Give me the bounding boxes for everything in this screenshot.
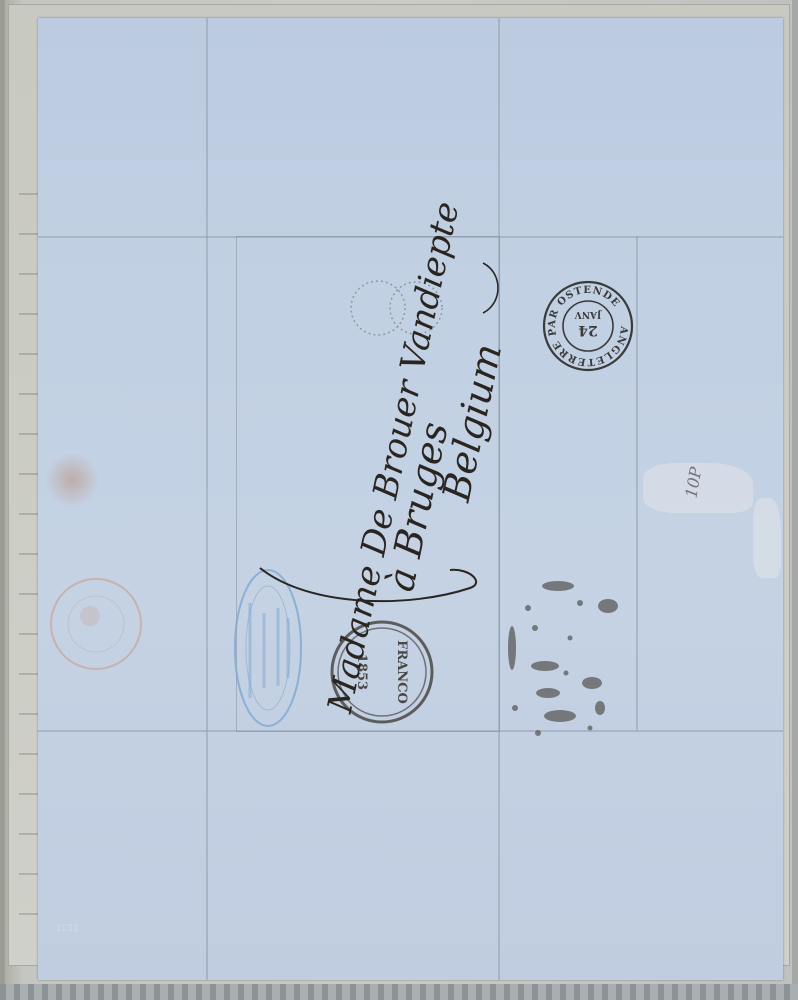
sleeve-edge-bottom bbox=[0, 984, 798, 1000]
faint-embossed-mark: ▯▯▯▯ bbox=[56, 923, 80, 933]
address-flourish bbox=[250, 548, 490, 618]
red-circular-postmark-icon bbox=[46, 574, 146, 674]
ink-stain bbox=[43, 454, 101, 506]
sleeve-edge-left bbox=[0, 0, 5, 1000]
svg-text:FRANCO: FRANCO bbox=[394, 640, 409, 704]
fold-line bbox=[206, 18, 208, 980]
svg-text:JANV: JANV bbox=[574, 309, 602, 319]
transit-postmark-icon: ANGLETERRE PAR OSTENDE 24 JANV bbox=[540, 278, 636, 374]
fold-line bbox=[636, 236, 638, 730]
heavy-cancellation-icon bbox=[500, 568, 630, 748]
svg-text:24: 24 bbox=[578, 322, 598, 338]
address-bracket bbox=[478, 258, 508, 318]
paper-repair-patch bbox=[753, 498, 781, 578]
sleeve-edge-right bbox=[792, 0, 798, 1000]
letter-cover: ANGLETERRE PAR OSTENDE 24 JANV 10P FRANC… bbox=[38, 18, 783, 980]
